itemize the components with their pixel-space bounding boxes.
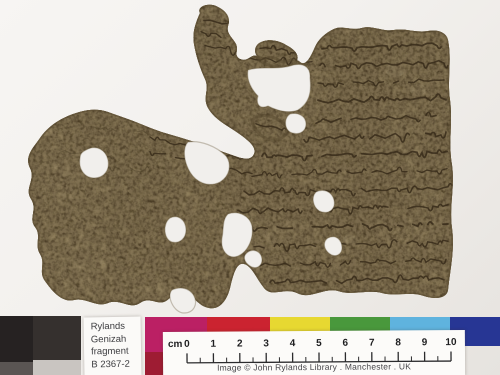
shelfmark-label: Rylands Genizah fragment B 2367-2: [83, 317, 141, 375]
ruler-number: 10: [445, 337, 456, 348]
color-patch-green: [330, 317, 390, 339]
color-patch-black-1: [0, 316, 33, 362]
copyright-line: Image © John Rylands Library . Mancheste…: [163, 361, 465, 373]
label-line-4: B 2367-2: [91, 358, 141, 371]
color-patch-gray-light: [33, 360, 81, 375]
color-patch-gray-dark: [0, 362, 33, 375]
ruler-number: 6: [342, 338, 348, 349]
ruler-number: 3: [263, 338, 269, 349]
ruler-number: 0: [184, 339, 190, 350]
color-patch-dark-red: [145, 352, 207, 375]
ruler-tick-marks: [163, 330, 465, 375]
label-line-1: Rylands: [91, 321, 141, 334]
ruler-number: 8: [395, 337, 401, 348]
cm-ruler: cm 012345678910 Image © John Rylands Lib…: [163, 330, 465, 375]
color-patch-light-blue: [390, 317, 450, 339]
color-patch-red: [207, 317, 270, 339]
ruler-unit-label: cm: [168, 339, 183, 350]
photograph: Rylands Genizah fragment B 2367-2 cm 012…: [0, 0, 500, 375]
color-patch-magenta: [145, 317, 207, 352]
ruler-number: 1: [211, 339, 217, 350]
label-line-3: fragment: [91, 346, 141, 359]
ruler-numbers: 012345678910: [163, 330, 465, 332]
label-line-2: Genizah: [91, 333, 141, 346]
ruler-number: 7: [369, 338, 375, 349]
color-patch-black-2: [33, 316, 81, 360]
ruler-number: 4: [290, 338, 296, 349]
ruler-number: 5: [316, 338, 322, 349]
manuscript-fragment: [0, 0, 500, 316]
color-patch-dark-blue: [450, 317, 500, 346]
color-patch-yellow: [270, 317, 330, 339]
ruler-number: 2: [237, 338, 243, 349]
ruler-number: 9: [422, 337, 428, 348]
